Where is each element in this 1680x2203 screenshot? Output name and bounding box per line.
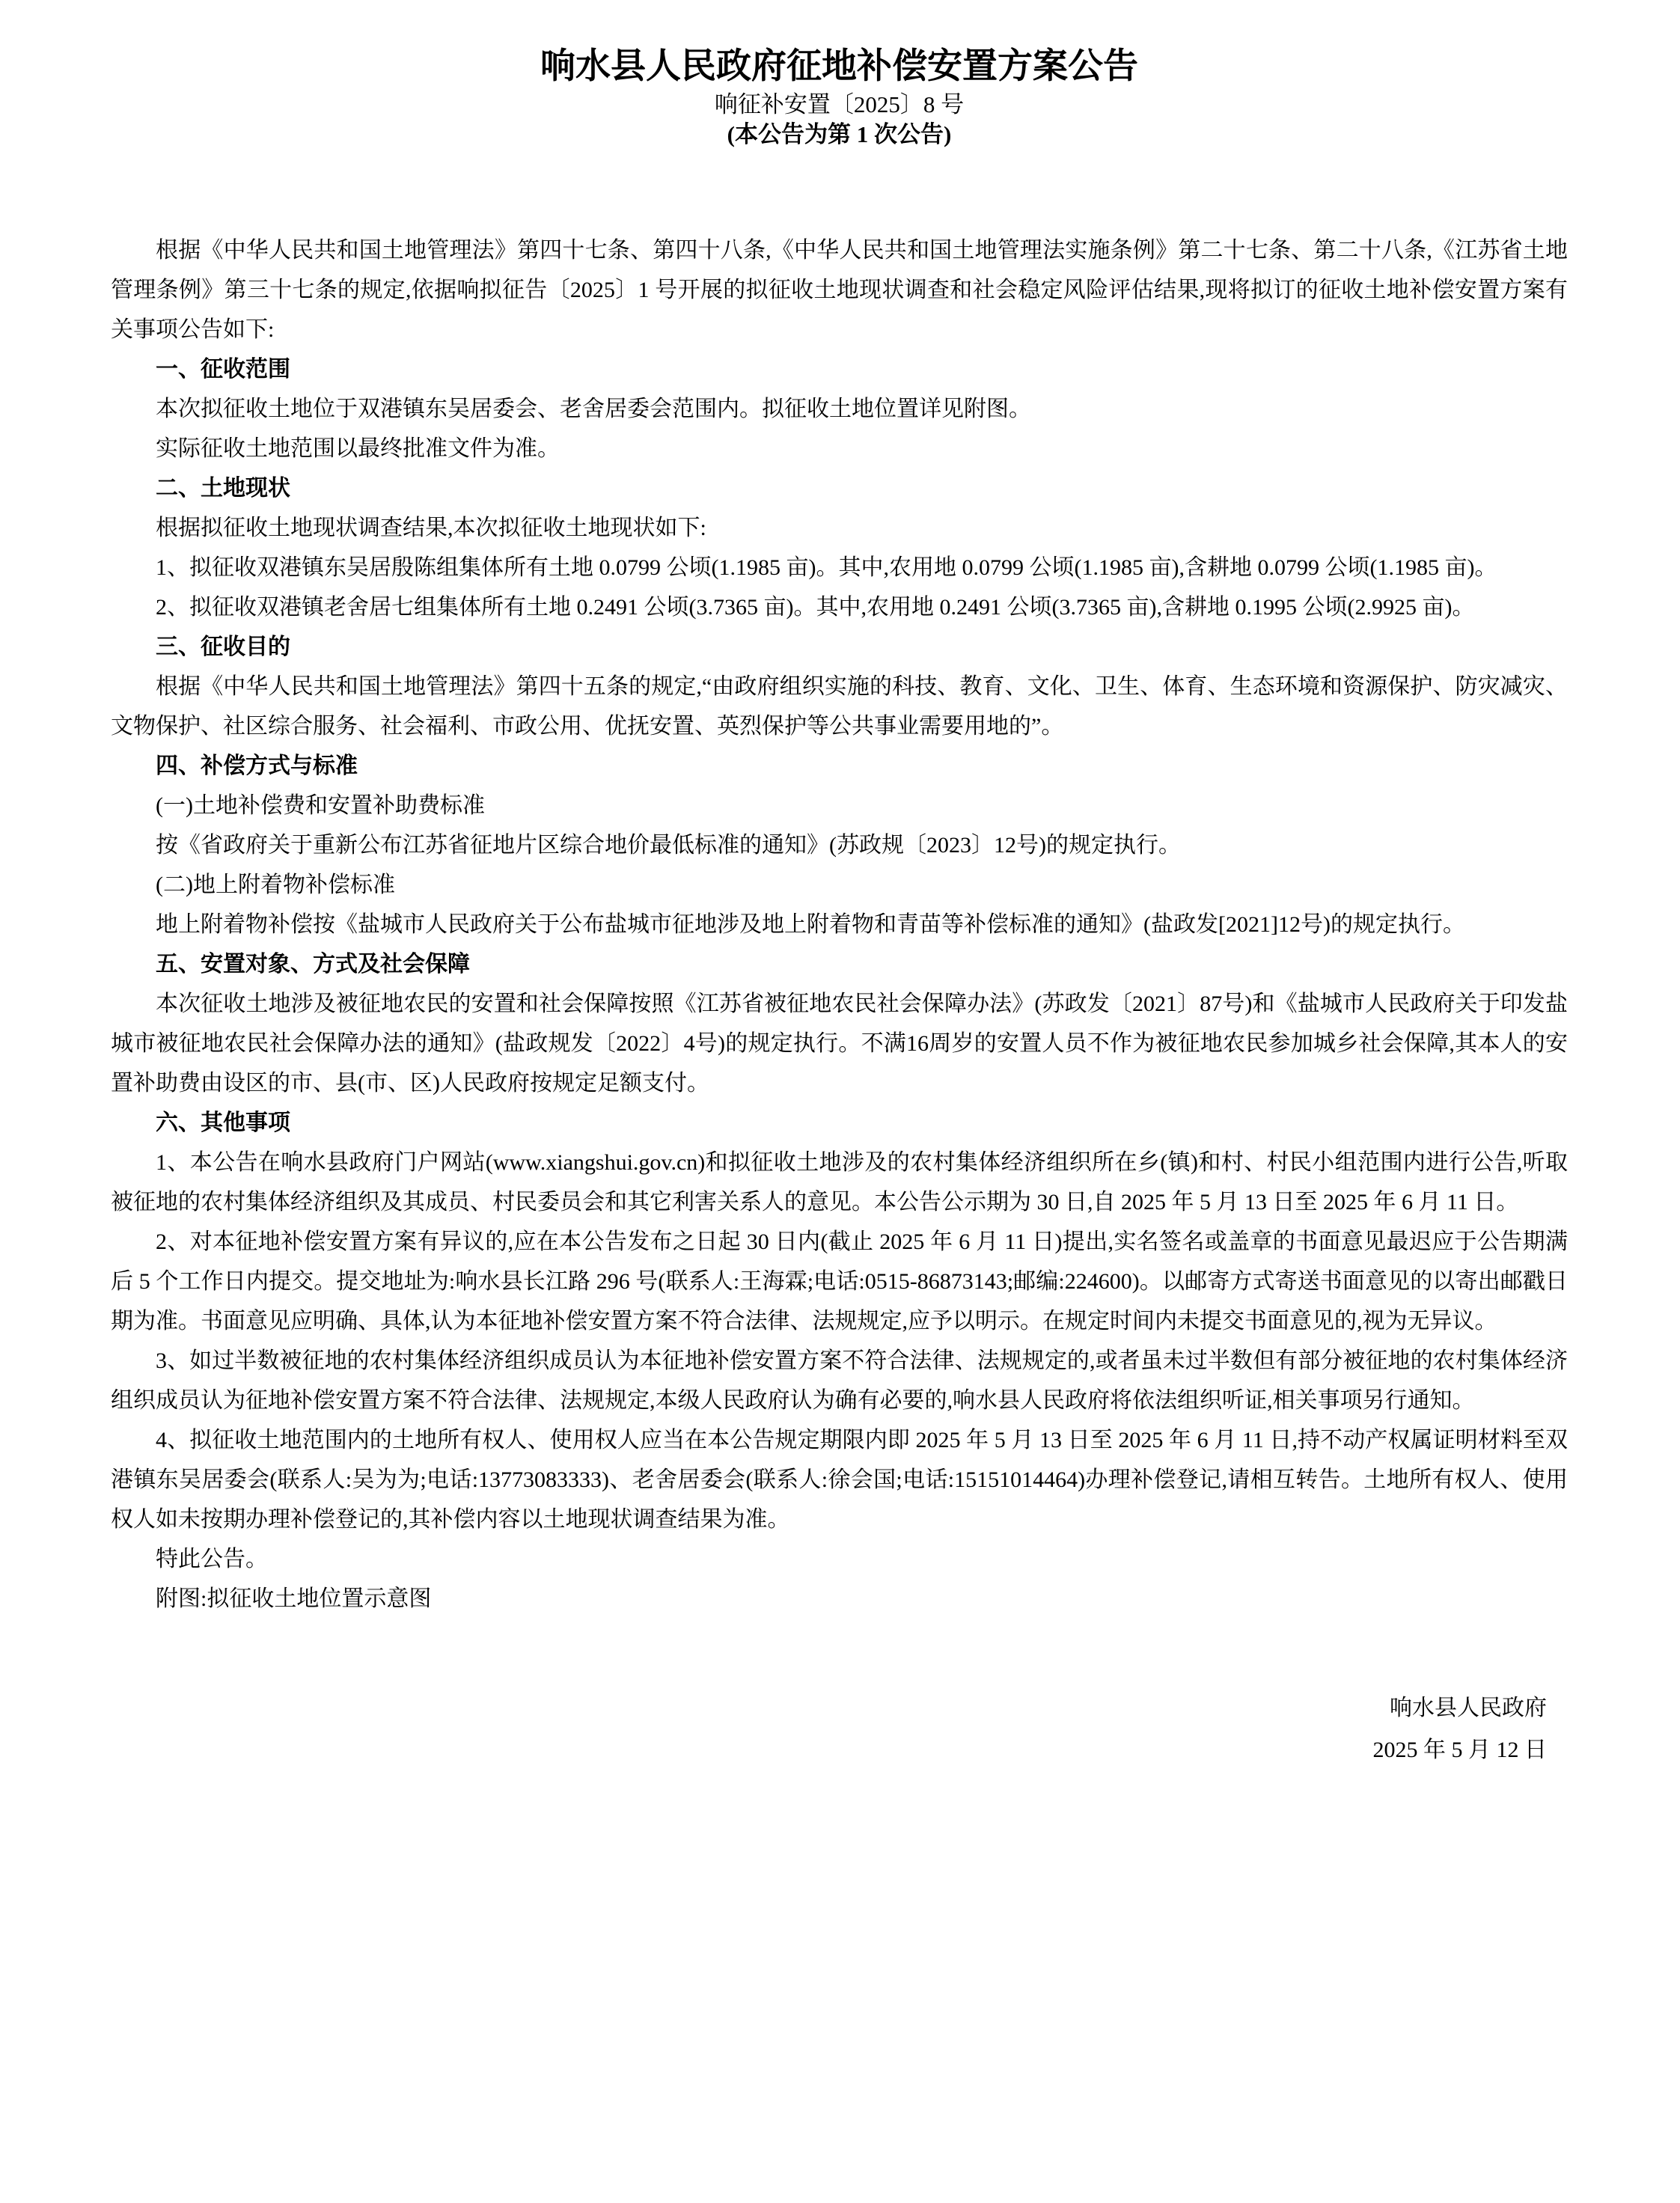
paragraph: 地上附着物补偿按《盐城市人民政府关于公布盐城市征地涉及地上附着物和青苗等补偿标准… [111,905,1568,944]
signature-issuer: 响水县人民政府 [111,1687,1547,1729]
section-heading-2: 二、土地现状 [111,468,1568,508]
paragraph: 实际征收土地范围以最终批准文件为准。 [111,429,1568,468]
signature-date: 2025 年 5 月 12 日 [111,1729,1547,1771]
paragraph: 本次拟征收土地位于双港镇东吴居委会、老舍居委会范围内。拟征收土地位置详见附图。 [111,389,1568,429]
paragraph: 按《省政府关于重新公布江苏省征地片区综合地价最低标准的通知》(苏政规〔2023〕… [111,825,1568,865]
paragraph: 1、本公告在响水县政府门户网站(www.xiangshui.gov.cn)和拟征… [111,1143,1568,1222]
notice-round: (本公告为第 1 次公告) [111,120,1568,150]
paragraph: (一)土地补偿费和安置补助费标准 [111,786,1568,825]
paragraph: 3、如过半数被征地的农村集体经济组织成员认为本征地补偿安置方案不符合法律、法规规… [111,1341,1568,1420]
paragraph: (二)地上附着物补偿标准 [111,865,1568,905]
paragraph: 1、拟征收双港镇东吴居殷陈组集体所有土地 0.0799 公顷(1.1985 亩)… [111,548,1568,587]
paragraph: 本次征收土地涉及被征地农民的安置和社会保障按照《江苏省被征地农民社会保障办法》(… [111,984,1568,1103]
section-heading-6: 六、其他事项 [111,1103,1568,1143]
doc-number: 响征补安置〔2025〕8 号 [111,90,1568,120]
signature-block: 响水县人民政府 2025 年 5 月 12 日 [111,1687,1568,1771]
doc-body: 根据《中华人民共和国土地管理法》第四十七条、第四十八条,《中华人民共和国土地管理… [111,230,1568,1619]
section-heading-3: 三、征收目的 [111,627,1568,667]
paragraph: 2、对本征地补偿安置方案有异议的,应在本公告发布之日起 30 日内(截止 202… [111,1222,1568,1341]
intro-paragraph: 根据《中华人民共和国土地管理法》第四十七条、第四十八条,《中华人民共和国土地管理… [111,230,1568,349]
section-heading-1: 一、征收范围 [111,349,1568,389]
section-heading-4: 四、补偿方式与标准 [111,746,1568,786]
paragraph: 根据拟征收土地现状调查结果,本次拟征收土地现状如下: [111,508,1568,548]
doc-header: 响水县人民政府征地补偿安置方案公告 响征补安置〔2025〕8 号 (本公告为第 … [111,43,1568,150]
section-heading-5: 五、安置对象、方式及社会保障 [111,944,1568,984]
announcement-page: 响水县人民政府征地补偿安置方案公告 响征补安置〔2025〕8 号 (本公告为第 … [0,0,1680,2203]
paragraph: 特此公告。 [111,1539,1568,1579]
page-title: 响水县人民政府征地补偿安置方案公告 [111,43,1568,90]
paragraph: 根据《中华人民共和国土地管理法》第四十五条的规定,“由政府组织实施的科技、教育、… [111,667,1568,746]
paragraph: 附图:拟征收土地位置示意图 [111,1579,1568,1619]
paragraph: 4、拟征收土地范围内的土地所有权人、使用权人应当在本公告规定期限内即 2025 … [111,1420,1568,1539]
paragraph: 2、拟征收双港镇老舍居七组集体所有土地 0.2491 公顷(3.7365 亩)。… [111,587,1568,627]
